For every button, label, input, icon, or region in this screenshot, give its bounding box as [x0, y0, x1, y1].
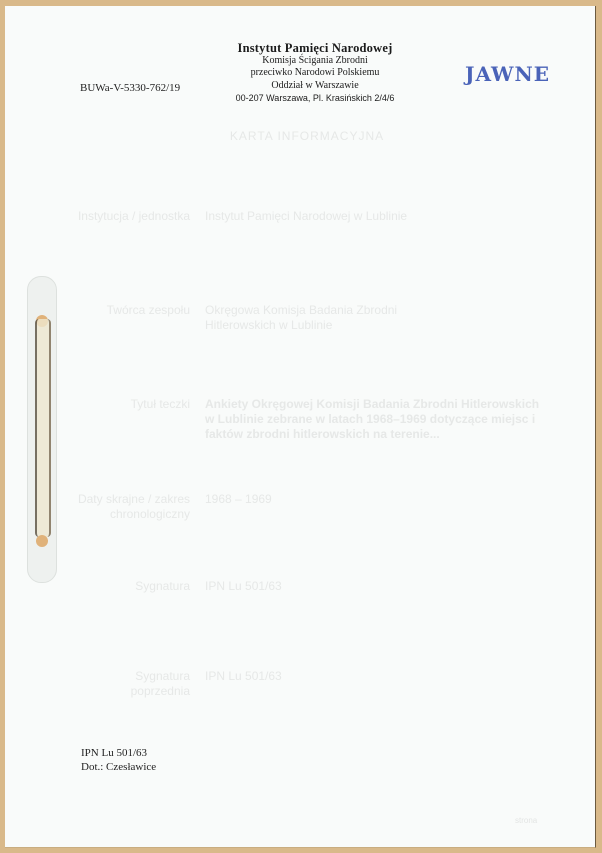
field-label: Daty skrajne / zakres chronologiczny [75, 492, 190, 522]
field-value: IPN Lu 501/63 [205, 579, 555, 594]
field-label: Instytucja / jednostka [75, 209, 190, 224]
header-line: Komisja Ścigania Zbrodni [235, 55, 395, 68]
footer-dotyczy: Dot.: Czesławice [81, 760, 156, 774]
field-value: Okręgowa Komisja Badania Zbrodni Hitlero… [205, 303, 465, 333]
field-value: 1968 – 1969 [205, 492, 555, 507]
page-title: KARTA INFORMACYJNA [162, 129, 452, 144]
signature-number: BUWa-V-5330-762/19 [80, 82, 180, 94]
header-line: Oddział w Warszawie [235, 80, 395, 93]
field-value: Ankiety Okręgowej Komisji Badania Zbrodn… [205, 397, 545, 442]
institution-header: Instytut Pamięci Narodowej Komisja Ściga… [235, 42, 395, 105]
header-line: przeciwko Narodowi Polskiemu [235, 67, 395, 80]
jawne-stamp: JAWNE [465, 62, 550, 86]
punch-hole-icon [36, 535, 48, 547]
field-label: Sygnatura [75, 579, 190, 594]
binder-strip [27, 276, 57, 583]
field-value: Instytut Pamięci Narodowej w Lublinie [205, 209, 555, 224]
field-label: Twórca zespołu [75, 303, 190, 318]
corner-note: strona [515, 816, 537, 825]
field-label: Tytuł teczki [75, 397, 190, 412]
binding-string [35, 319, 51, 537]
document-page: Instytut Pamięci Narodowej Komisja Ściga… [5, 6, 596, 848]
footer-sygnatura: IPN Lu 501/63 [81, 746, 156, 760]
field-label: Sygnatura poprzednia [75, 669, 190, 699]
header-address: 00-207 Warszawa, Pl. Krasińskich 2/4/6 [235, 92, 395, 105]
institution-name: Instytut Pamięci Narodowej [235, 42, 395, 55]
footer-note: IPN Lu 501/63 Dot.: Czesławice [81, 746, 156, 774]
field-value: IPN Lu 501/63 [205, 669, 555, 684]
